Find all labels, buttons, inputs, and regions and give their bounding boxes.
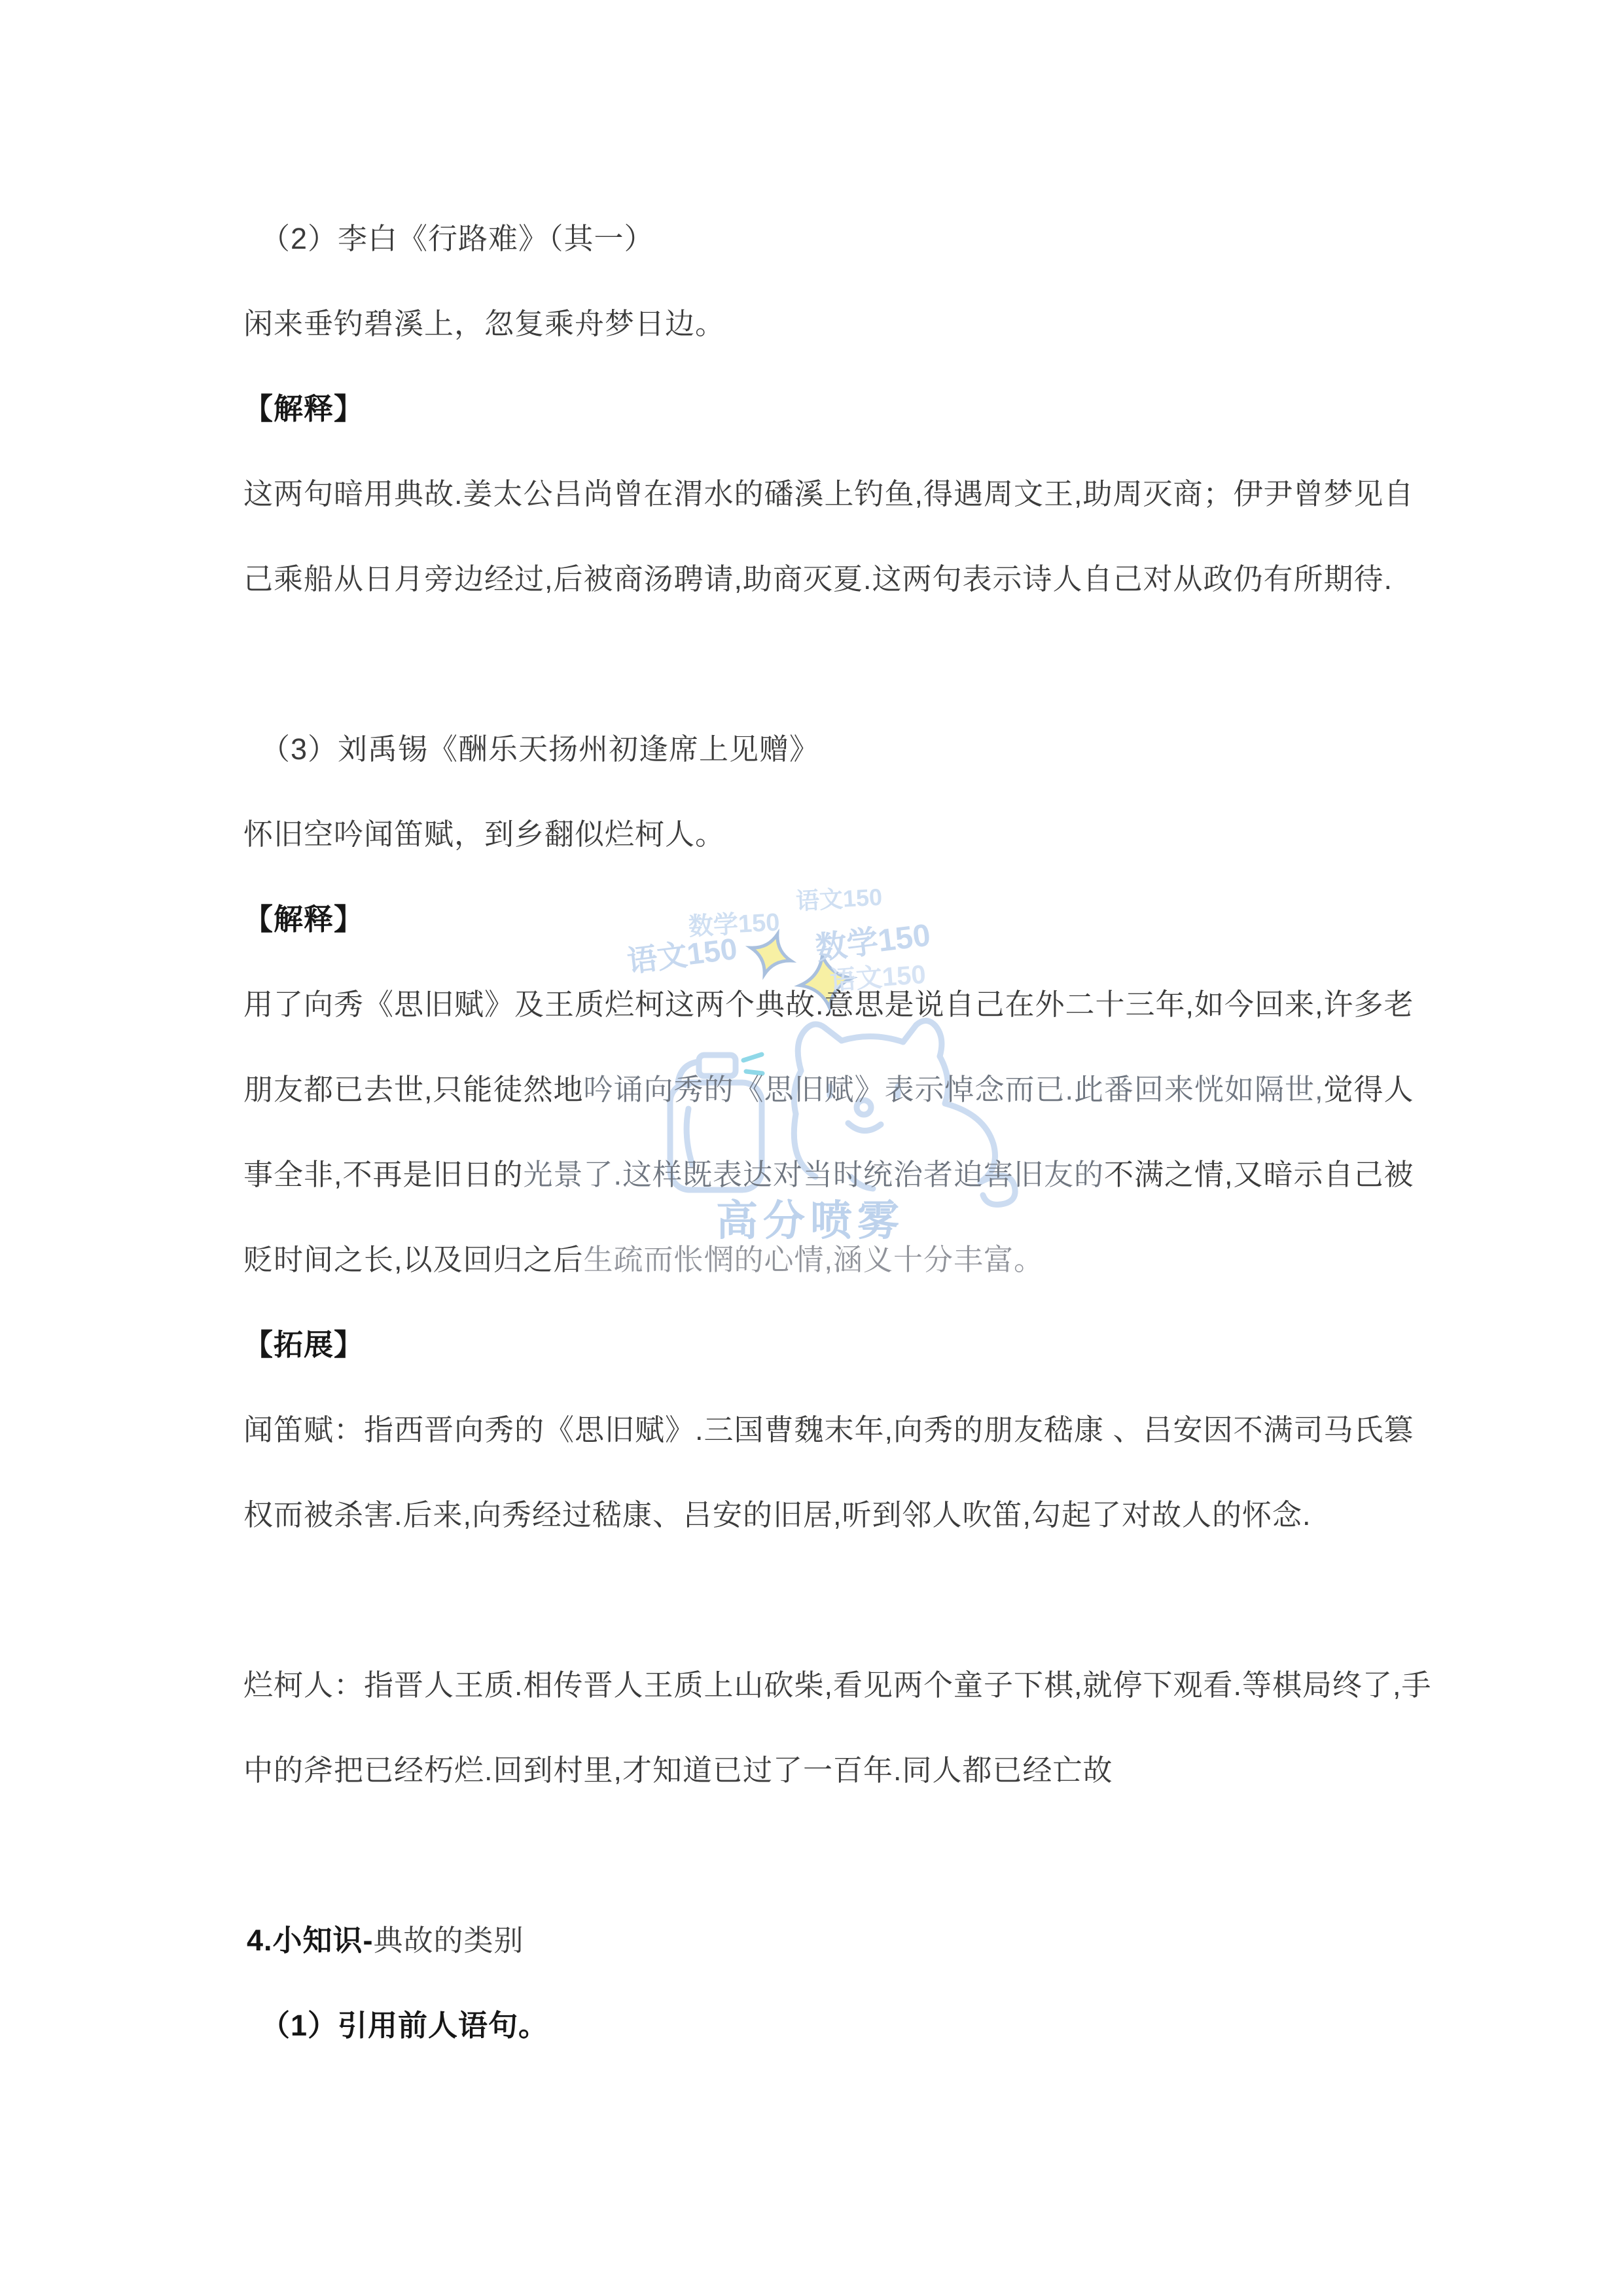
knowledge-heading: 4.小知识-典故的类别 — [247, 1898, 524, 1983]
paragraph-line: 朋友都已去世,只能徒然地吟诵向秀的《思旧赋》表示悼念而已.此番回来恍如隔世,觉得… — [243, 1047, 1414, 1132]
text-run: 权而被杀害.后来,向秀经过嵇康、吕安的旧居,听到邻人吹笛,勾起了对故人的怀念. — [243, 1498, 1311, 1532]
poem-line: 闲来垂钓碧溪上，忽复乘舟梦日边。 — [243, 281, 725, 367]
text-run: 【解释】 — [243, 392, 364, 425]
text-run: 生疏而怅惘的心情,涵义十分丰富。 — [584, 1243, 1044, 1276]
section-2-heading: （2）李白《行路难》（其一） — [260, 196, 654, 281]
text-run: （2）李白《行路难》（其一） — [260, 222, 654, 255]
paragraph-line: 中的斧把已经朽烂.回到村里,才知道已过了一百年.同人都已经亡故 — [243, 1728, 1113, 1813]
text-run: （3）刘禹锡《酬乐天扬州初逢席上见赠》 — [260, 732, 819, 766]
text-run: 闻笛赋：指西晋向秀的《思旧赋》.三国曹魏末年,向秀的朋友嵇康 、吕安因不满司马氏… — [243, 1413, 1414, 1446]
text-run: 朋友都已去世,只能徒然地 — [243, 1073, 584, 1106]
text-run: 典故的类别 — [374, 1924, 524, 1957]
paragraph-line: 事全非,不再是旧日的光景了.这样既表达对当时统治者迫害旧友的不满之情,又暗示自己… — [243, 1132, 1414, 1217]
type-1-heading: （1）引用前人语句。 — [260, 1983, 548, 2068]
document-page: 语文150数学150语文150数学150语文150 高分喷雾 （2）李白《行路难… — [0, 0, 1623, 2296]
text-run: 事全非,不再是旧日的 — [243, 1158, 524, 1191]
label-explanation: 【解释】 — [243, 367, 364, 452]
text-run: 闲来垂钓碧溪上，忽复乘舟梦日边。 — [243, 307, 725, 340]
text-run: 怀旧空吟闻笛赋，到乡翻似烂柯人。 — [243, 817, 725, 851]
text-run: 这两句暗用典故.姜太公吕尚曾在渭水的磻溪上钓鱼,得遇周文王,助周灭商；伊尹曾梦见… — [243, 477, 1414, 511]
paragraph-line: 用了向秀《思旧赋》及王质烂柯这两个典故.意思是说自己在外二十三年,如今回来,许多… — [243, 962, 1414, 1047]
text-run: 不满之情,又暗示自己被 — [1104, 1158, 1414, 1191]
text-run: （1）引用前人语句。 — [260, 2009, 548, 2042]
paragraph-line: 烂柯人：指晋人王质.相传晋人王质上山砍柴,看见两个童子下棋,就停下观看.等棋局终… — [243, 1643, 1432, 1728]
text-run: 【解释】 — [243, 903, 364, 936]
text-run: 觉得人 — [1324, 1073, 1414, 1106]
paragraph-line: 贬时间之长,以及回归之后生疏而怅惘的心情,涵义十分丰富。 — [243, 1217, 1044, 1302]
document-body: （2）李白《行路难》（其一）闲来垂钓碧溪上，忽复乘舟梦日边。【解释】这两句暗用典… — [0, 0, 1623, 2296]
text-run: 吟诵向秀的《思旧赋》表示悼念而已.此番回来恍如隔世, — [584, 1073, 1324, 1106]
text-run: 烂柯人：指晋人王质.相传晋人王质上山砍柴,看见两个童子下棋,就停下观看.等棋局终… — [243, 1668, 1432, 1702]
paragraph-line: 闻笛赋：指西晋向秀的《思旧赋》.三国曹魏末年,向秀的朋友嵇康 、吕安因不满司马氏… — [243, 1388, 1414, 1473]
text-run: 光景了.这样既表达对当时统治者迫害旧友的 — [524, 1158, 1105, 1191]
label-expansion: 【拓展】 — [243, 1302, 364, 1388]
text-run: 4.小知识- — [247, 1924, 374, 1957]
text-run: 贬时间之长,以及回归之后 — [243, 1243, 584, 1276]
paragraph-line: 这两句暗用典故.姜太公吕尚曾在渭水的磻溪上钓鱼,得遇周文王,助周灭商；伊尹曾梦见… — [243, 452, 1414, 537]
text-run: 用了向秀《思旧赋》及王质烂柯这两个典故.意思是说自己在外二十三年,如今回来,许多… — [243, 988, 1414, 1021]
paragraph-line: 己乘船从日月旁边经过,后被商汤聘请,助商灭夏.这两句表示诗人自己对从政仍有所期待… — [243, 537, 1393, 622]
poem-line: 怀旧空吟闻笛赋，到乡翻似烂柯人。 — [243, 792, 725, 877]
paragraph-line: 权而被杀害.后来,向秀经过嵇康、吕安的旧居,听到邻人吹笛,勾起了对故人的怀念. — [243, 1473, 1311, 1558]
text-run: 中的斧把已经朽烂.回到村里,才知道已过了一百年.同人都已经亡故 — [243, 1753, 1113, 1787]
text-run: 己乘船从日月旁边经过,后被商汤聘请,助商灭夏.这两句表示诗人自己对从政仍有所期待… — [243, 562, 1393, 596]
text-run: 【拓展】 — [243, 1328, 364, 1361]
section-3-heading: （3）刘禹锡《酬乐天扬州初逢席上见赠》 — [260, 707, 819, 792]
label-explanation: 【解释】 — [243, 877, 364, 962]
